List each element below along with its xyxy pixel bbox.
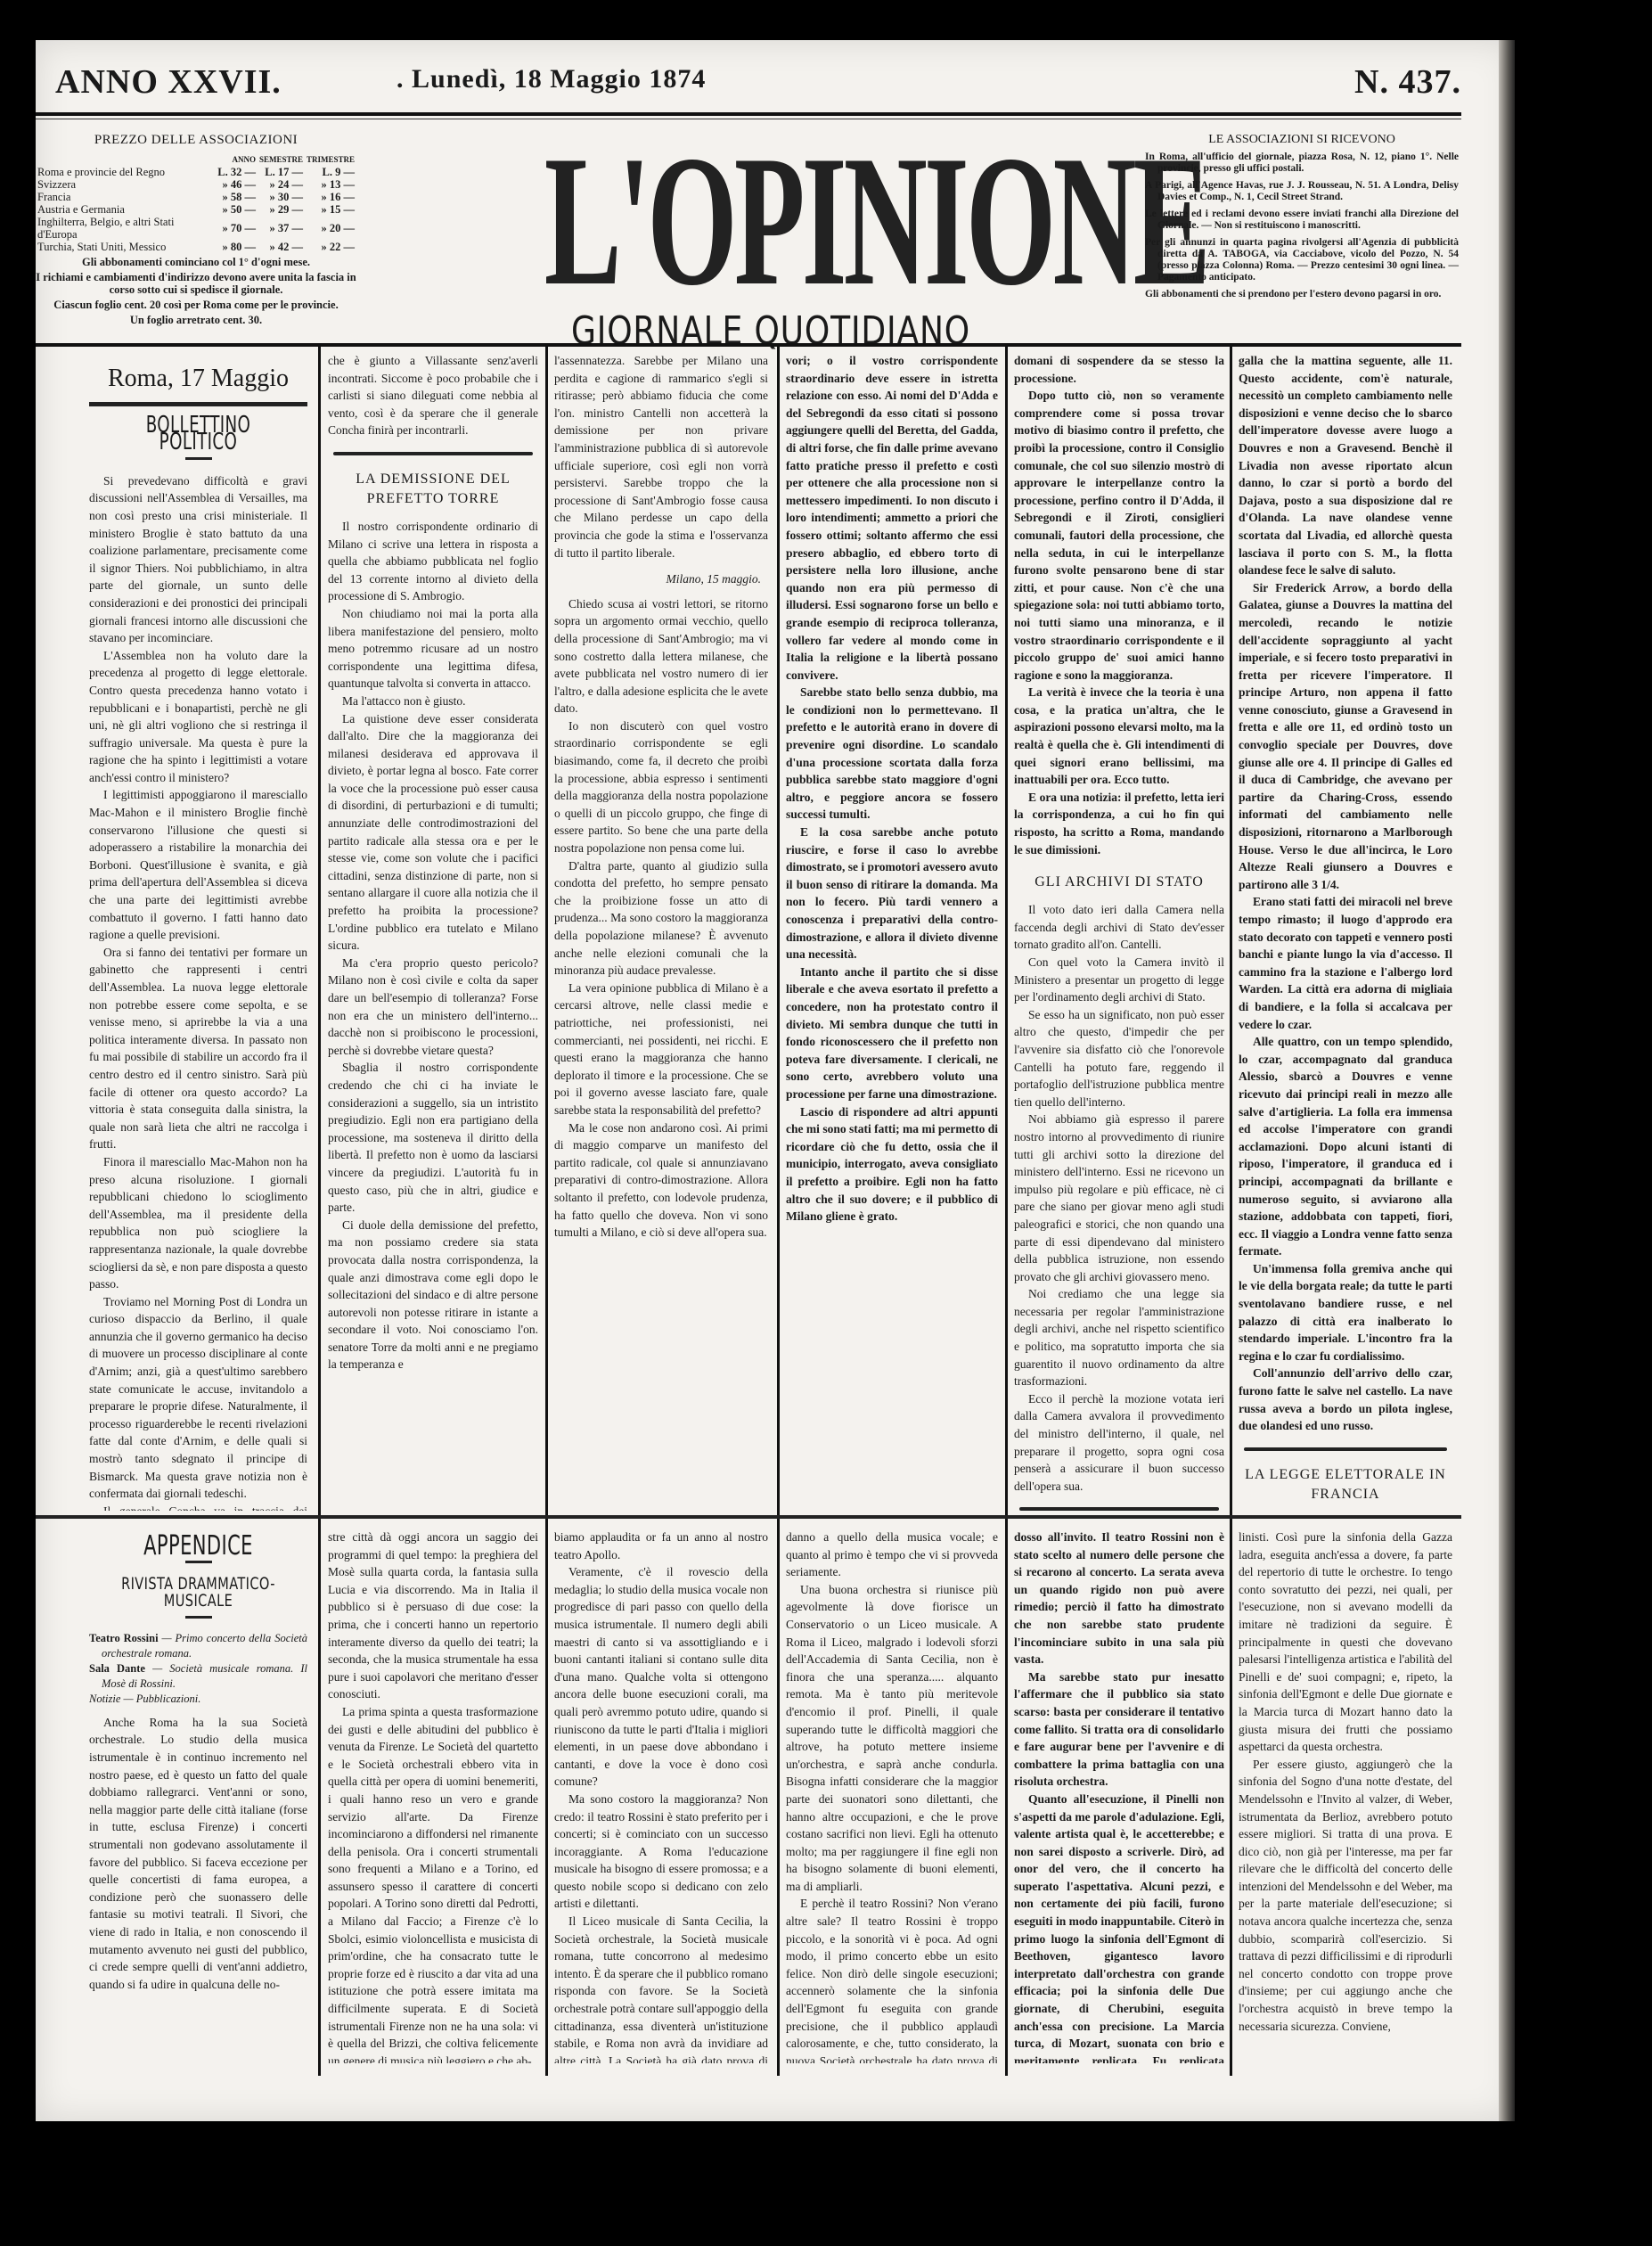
appendix-column-2: stre città dà oggi ancora un saggio dei … [328, 1529, 538, 2063]
article-paragraph: Il voto dato ieri dalla Camera nella fac… [1014, 901, 1224, 954]
prices-header-row: ANNO SEMESTRE TRIMESTRE [36, 153, 356, 166]
header-rule [36, 343, 1461, 347]
ornament-rule [333, 452, 533, 455]
article-paragraph: biamo applaudita or fa un anno al nostro… [554, 1529, 768, 1563]
office-notice: In Roma, all'ufficio del giornale, piazz… [1145, 152, 1459, 175]
headline-demissione: LA DEMISSIONE DEL PREFETTO TORRE [328, 470, 538, 509]
ornament-rule [1244, 1447, 1447, 1451]
article-paragraph: La vera opinione pubblica di Milano è a … [554, 980, 768, 1119]
article-paragraph: Finora il maresciallo Mac-Mahon non ha p… [89, 1153, 307, 1293]
article-paragraph: galla che la mattina seguente, alle 11. … [1239, 352, 1452, 579]
article-paragraph: Ma c'era proprio questo pericolo? Milano… [328, 955, 538, 1060]
article-paragraph: La prima spinta a questa trasformazione … [328, 1703, 538, 2063]
article-paragraph: dosso all'invito. Il teatro Rossini non … [1014, 1529, 1224, 1668]
prices-col-anno: ANNO [216, 153, 258, 166]
article-paragraph: Ma l'attacco non è giusto. [328, 693, 538, 710]
article-paragraph: D'altra parte, quanto al giudizio sulla … [554, 857, 768, 980]
article-paragraph: La quistione deve esser considerata dall… [328, 710, 538, 955]
column-rule [777, 347, 780, 2076]
article-paragraph: Erano stati fatti dei miracoli nel breve… [1239, 893, 1452, 1033]
office-notice: Le lettere ed i reclami devono essere in… [1145, 209, 1459, 232]
summary-item: Notizie — Pubblicazioni. [89, 1692, 307, 1707]
headline-legge-elettorale: LA LEGGE ELETTORALE IN FRANCIA [1239, 1465, 1452, 1504]
article-paragraph: Quanto all'esecuzione, il Pinelli non s'… [1014, 1791, 1224, 2063]
article-paragraph: Ma sarebbe stato pur inesatto l'affermar… [1014, 1668, 1224, 1791]
price-note: I richiami e cambiamenti d'indirizzo dev… [36, 271, 356, 296]
column-3-milano: l'assennatezza. Sarebbe per Milano una p… [554, 352, 768, 1511]
offices-title: LE ASSOCIAZIONI SI RICEVONO [1145, 134, 1459, 145]
article-paragraph: Troviamo nel Morning Post di Londra un c… [89, 1293, 307, 1503]
price-row: Francia» 58 —» 30 —» 16 — [36, 191, 356, 203]
issue-number: N. 437. [1354, 62, 1461, 102]
article-paragraph: stre città dà oggi ancora un saggio dei … [328, 1529, 538, 1703]
article-paragraph: Una buona orchestra si riunisce più agev… [786, 1581, 998, 1896]
column-rule [1230, 347, 1232, 2076]
article-paragraph: Per essere giusto, aggiungerò che la sin… [1239, 1756, 1452, 2036]
article-paragraph: Veramente, c'è il rovescio della medagli… [554, 1563, 768, 1791]
article-paragraph: danno a quello della musica vocale; e qu… [786, 1529, 998, 1581]
article-paragraph: La verità è invece che la teoria è una c… [1014, 684, 1224, 789]
article-paragraph: Lascio di rispondere ad altri appunti ch… [786, 1103, 998, 1225]
article-paragraph: l'assennatezza. Sarebbe per Milano una p… [554, 352, 768, 561]
headline-archivi: GLI ARCHIVI DI STATO [1014, 873, 1224, 892]
article-paragraph: Alle quattro, con un tempo splendido, lo… [1239, 1033, 1452, 1260]
article-paragraph: Noi abbiamo già espresso il parere nostr… [1014, 1111, 1224, 1285]
section-title-appendice: APPENDICE [113, 1537, 283, 1555]
price-row: Turchia, Stati Uniti, Messico» 80 —» 42 … [36, 241, 356, 253]
signature-milano: Milano, 15 maggio. [554, 570, 761, 588]
article-paragraph: vori; o il vostro corrispondente straord… [786, 352, 998, 684]
dateline: Roma, 17 Maggio [89, 370, 307, 388]
appendix-column-1: APPENDICE RIVISTA DRAMMATICO-MUSICALE Te… [89, 1529, 307, 2063]
article-paragraph: Noi crediamo che una legge sia necessari… [1014, 1285, 1224, 1390]
column-2-prefetto: che è giunto a Villassante senz'averli i… [328, 352, 538, 1511]
dash-ornament [185, 1616, 212, 1619]
article-paragraph: Anche Roma ha la sua Società orchestrale… [89, 1714, 307, 1994]
office-notice: Per gli annunzi in quarta pagina rivolge… [1145, 237, 1459, 283]
article-paragraph: E ora una notizia: il prefetto, letta ie… [1014, 789, 1224, 858]
prices-col-trimestre: TRIMESTRE [305, 153, 356, 166]
subscription-prices: PREZZO DELLE ASSOCIAZIONI ANNO SEMESTRE … [36, 134, 356, 326]
column-5-archivi: domani di sospendere da se stesso la pro… [1014, 352, 1224, 1511]
article-paragraph: Intanto anche il partito che si disse li… [786, 963, 998, 1103]
prices-title: PREZZO DELLE ASSOCIAZIONI [36, 134, 356, 146]
article-paragraph: Ecco il perchè la mozione votata ieri da… [1014, 1390, 1224, 1496]
article-paragraph: Un'immensa folla gremiva anche qui le vi… [1239, 1260, 1452, 1365]
article-paragraph: Io non discuterò con quel vostro straord… [554, 717, 768, 857]
article-paragraph: Chiedo scusa ai vostri lettori, se ritor… [554, 595, 768, 717]
ornament-rule [1019, 1507, 1219, 1511]
newspaper-title: L'OPINIONE GIORNALE QUOTIDIANO [405, 132, 1136, 354]
price-row: Austria e Germania» 50 —» 29 —» 15 — [36, 203, 356, 216]
column-4-letter: vori; o il vostro corrispondente straord… [786, 352, 998, 1511]
article-paragraph: Il nostro corrispondente ordinario di Mi… [328, 518, 538, 605]
appendix-column-4: danno a quello della musica vocale; e qu… [786, 1529, 998, 2063]
prices-col-semestre: SEMESTRE [258, 153, 305, 166]
headline-rivista: RIVISTA DRAMMATICO-MUSICALE [105, 1576, 290, 1611]
article-paragraph: Dopo tutto ciò, non so veramente compren… [1014, 387, 1224, 684]
article-paragraph: I legittimisti appoggiarono il marescial… [89, 786, 307, 943]
prices-table: ANNO SEMESTRE TRIMESTRE Roma e provincie… [36, 153, 356, 253]
issue-date: . Lunedì, 18 Maggio 1874 [397, 64, 706, 94]
column-6-czar-francia: galla che la mattina seguente, alle 11. … [1239, 352, 1452, 1511]
price-row: Svizzera» 46 —» 24 —» 13 — [36, 178, 356, 191]
year-label: ANNO XXVII. [55, 62, 282, 102]
subscription-offices: LE ASSOCIAZIONI SI RICEVONO In Roma, all… [1145, 134, 1459, 306]
page-edge-shadow [1499, 40, 1515, 2121]
article-paragraph: E la cosa sarebbe anche potuto riuscire,… [786, 824, 998, 963]
masthead-rule [36, 112, 1461, 116]
appendix-column-6: linisti. Così pure la sinfonia della Gaz… [1239, 1529, 1452, 2063]
article-paragraph: Se esso ha un significato, non può esser… [1014, 1006, 1224, 1111]
title-subtitle: GIORNALE QUOTIDIANO [471, 308, 1070, 354]
article-paragraph: Si prevedevano difficoltà e gravi discus… [89, 472, 307, 647]
office-notice: Gli abbonamenti che si prendono per l'es… [1145, 289, 1459, 300]
summary-item: Sala Dante — Società musicale romana. Il… [89, 1661, 307, 1692]
price-row: Roma e provincie del RegnoL. 32 —L. 17 —… [36, 166, 356, 178]
column-rule [1005, 347, 1008, 2076]
appendix-rule [36, 1515, 1461, 1519]
title-wordmark: L'OPINIONE [544, 132, 997, 310]
price-note: Ciascun foglio cent. 20 così per Roma co… [36, 299, 356, 311]
article-continuation: che è giunto a Villassante senz'averli i… [328, 352, 538, 439]
article-paragraph: Ci duole della demissione del prefetto, … [328, 1217, 538, 1373]
article-paragraph: Con quel voto la Camera invitò il Minist… [1014, 954, 1224, 1006]
article-paragraph: E perchè il teatro Rossini? Non v'erano … [786, 1895, 998, 2063]
office-notice: A Parigi, all'Agence Havas, rue J. J. Ro… [1145, 180, 1459, 203]
article-paragraph: domani di sospendere da se stesso la pro… [1014, 352, 1224, 387]
appendix-column-3: biamo applaudita or fa un anno al nostro… [554, 1529, 768, 2063]
summary-item: Teatro Rossini — Primo concerto della So… [89, 1631, 307, 1661]
article-paragraph: Ora si fanno dei tentativi per formare u… [89, 944, 307, 1153]
price-row: Inghilterra, Belgio, e altri Stati d'Eur… [36, 216, 356, 241]
article-paragraph: Sbaglia il nostro corrispondente credend… [328, 1059, 538, 1216]
article-paragraph: linisti. Così pure la sinfonia della Gaz… [1239, 1529, 1452, 1756]
section-rule [89, 402, 307, 406]
article-paragraph: Il generale Concha va in traccia dei car… [89, 1503, 307, 1511]
column-rule [318, 347, 321, 2076]
column-1-bollettino: Roma, 17 Maggio BOLLETTINO POLITICO Si p… [89, 352, 307, 1511]
article-paragraph: Coll'annunzio dell'arrivo dello czar, fu… [1239, 1365, 1452, 1434]
appendix-column-5: dosso all'invito. Il teatro Rossini non … [1014, 1529, 1224, 2063]
article-paragraph: L'Assemblea non ha voluto dare la preced… [89, 647, 307, 787]
section-title-bollettino: BOLLETTINO POLITICO [113, 417, 283, 452]
article-paragraph: Non chiudiamo noi mai la porta alla libe… [328, 605, 538, 693]
price-note: Gli abbonamenti cominciano col 1° d'ogni… [36, 256, 356, 268]
article-paragraph: Sarebbe stato bello senza dubbio, ma le … [786, 684, 998, 824]
article-paragraph: Il Liceo musicale di Santa Cecilia, la S… [554, 1913, 768, 2063]
article-paragraph: Sir Frederick Arrow, a bordo della Galat… [1239, 579, 1452, 894]
price-note: Un foglio arretrato cent. 30. [36, 314, 356, 326]
article-paragraph: Ma le cose non andarono così. Ai primi d… [554, 1119, 768, 1242]
dash-ornament [185, 457, 212, 460]
article-paragraph: Ma sono costoro la maggioranza? Non cred… [554, 1791, 768, 1913]
column-rule [545, 347, 548, 2076]
